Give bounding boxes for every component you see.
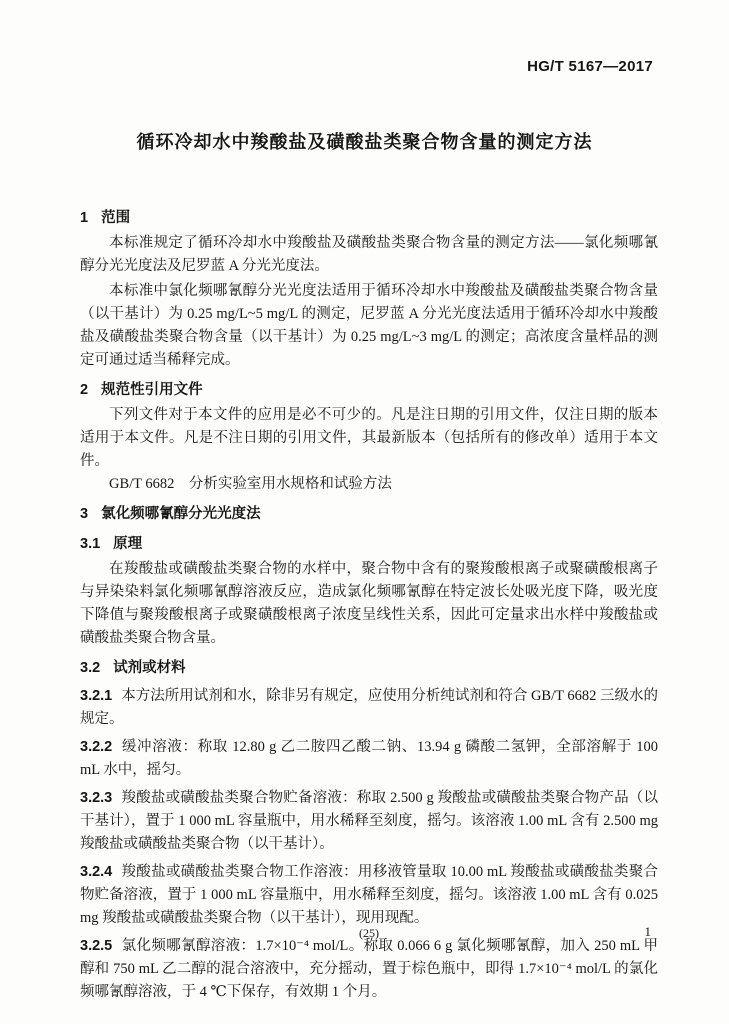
clause-3-2-3: 3.2.3羧酸盐或磺酸盐类聚合物贮备溶液：称取 2.500 g 羧酸盐或磺酸盐类…	[80, 787, 658, 856]
document-body: 1范围 本标准规定了循环冷却水中羧酸盐及磺酸盐类聚合物含量的测定方法——氯化频哪…	[80, 207, 658, 1004]
clause-text: 氯化频哪氰醇溶液：1.7×10⁻⁴ mol/L。称取 0.066 6 g 氯化频…	[80, 938, 658, 1000]
section-3-1-heading: 3.1原理	[80, 533, 658, 556]
section-3-1-number: 3.1	[80, 533, 100, 556]
clause-3-2-1: 3.2.1本方法所用试剂和水，除非另有规定，应使用分析纯试剂和符合 GB/T 6…	[80, 685, 658, 731]
section-3-2-number: 3.2	[80, 657, 100, 680]
clause-text: 缓冲溶液：称取 12.80 g 乙二胺四乙酸二钠、13.94 g 磷酸二氢钾，全…	[80, 739, 658, 778]
section-3-2-title: 试剂或材料	[113, 660, 186, 676]
section-3-title: 氯化频哪氰醇分光光度法	[101, 506, 261, 522]
normative-reference: GB/T 6682 分析实验室用水规格和试验方法	[80, 473, 658, 496]
clause-text: 本方法所用试剂和水，除非另有规定，应使用分析纯试剂和符合 GB/T 6682 三…	[80, 688, 658, 727]
section-1-paragraph-2: 本标准中氯化频哪氰醇分光光度法适用于循环冷却水中羧酸盐及磺酸盐类聚合物含量（以干…	[80, 280, 658, 372]
section-2-heading: 2规范性引用文件	[80, 379, 658, 402]
clause-text: 羧酸盐或磺酸盐类聚合物贮备溶液：称取 2.500 g 羧酸盐或磺酸盐类聚合物产品…	[80, 790, 658, 852]
section-3-1-paragraph-1: 在羧酸盐或磺酸盐类聚合物的水样中，聚合物中含有的聚羧酸根离子或聚磺酸根离子与异染…	[80, 558, 658, 650]
section-1-title: 范围	[101, 210, 130, 226]
clause-number: 3.2.2	[80, 739, 112, 755]
section-2-number: 2	[80, 379, 88, 402]
clause-3-2-2: 3.2.2缓冲溶液：称取 12.80 g 乙二胺四乙酸二钠、13.94 g 磷酸…	[80, 736, 658, 782]
section-1-number: 1	[80, 207, 88, 230]
section-3-1-title: 原理	[113, 536, 142, 552]
section-3-number: 3	[80, 503, 88, 526]
footer-sequence-number: (25)	[80, 926, 658, 941]
section-1-heading: 1范围	[80, 207, 658, 230]
clause-number: 3.2.1	[80, 688, 112, 704]
section-3-heading: 3氯化频哪氰醇分光光度法	[80, 503, 658, 526]
section-3-2-heading: 3.2试剂或材料	[80, 657, 658, 680]
document-title: 循环冷却水中羧酸盐及磺酸盐类聚合物含量的测定方法	[0, 128, 729, 154]
section-2-paragraph-1: 下列文件对于本文件的应用是必不可少的。凡是注日期的引用文件，仅注日期的版本适用于…	[80, 404, 658, 473]
clause-text: 羧酸盐或磺酸盐类聚合物工作溶液：用移液管量取 10.00 mL 羧酸盐或磺酸盐类…	[80, 864, 658, 926]
section-1-paragraph-1: 本标准规定了循环冷却水中羧酸盐及磺酸盐类聚合物含量的测定方法——氯化频哪氰醇分光…	[80, 232, 658, 278]
section-2-title: 规范性引用文件	[101, 382, 203, 398]
clause-number: 3.2.4	[80, 864, 112, 880]
standard-code: HG/T 5167—2017	[527, 58, 653, 75]
clause-3-2-4: 3.2.4羧酸盐或磺酸盐类聚合物工作溶液：用移液管量取 10.00 mL 羧酸盐…	[80, 861, 658, 930]
page-number: 1	[645, 924, 652, 940]
clause-number: 3.2.3	[80, 790, 112, 806]
document-page: HG/T 5167—2017 循环冷却水中羧酸盐及磺酸盐类聚合物含量的测定方法 …	[0, 0, 729, 1024]
clause-3-2-5: 3.2.5氯化频哪氰醇溶液：1.7×10⁻⁴ mol/L。称取 0.066 6 …	[80, 935, 658, 1004]
